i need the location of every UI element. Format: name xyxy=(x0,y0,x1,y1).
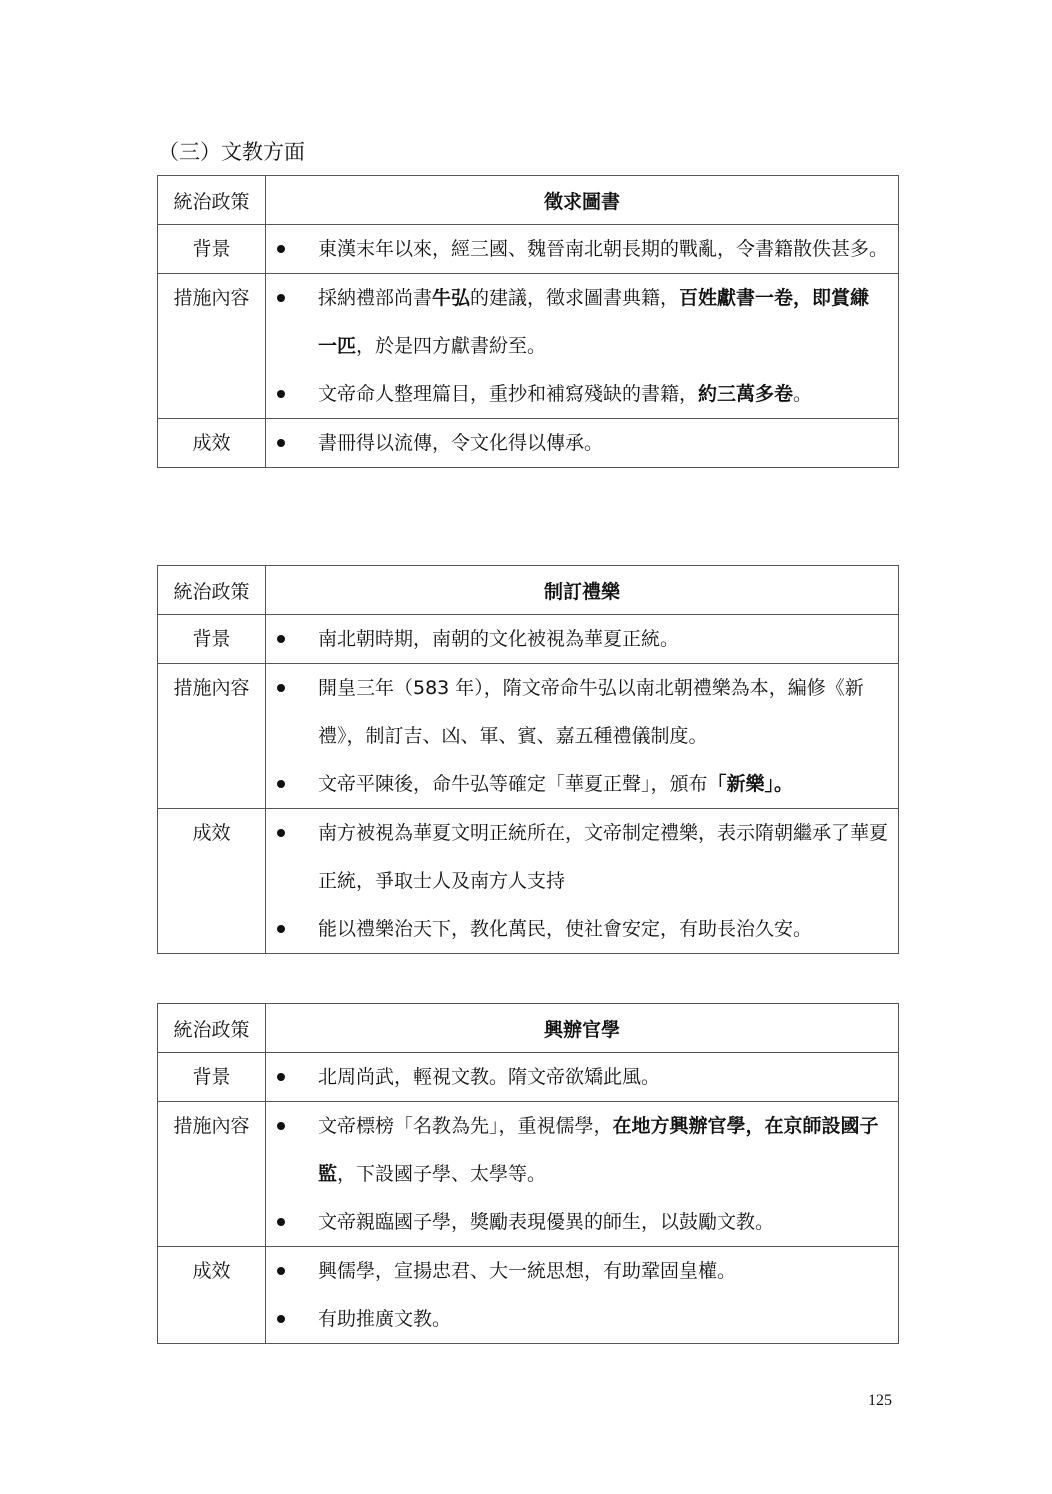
bullet-item: 開皇三年（583 年），隋文帝命牛弘以南北朝禮樂為本，編修《新禮》，制訂吉、凶、… xyxy=(266,664,898,760)
row-content: 南北朝時期，南朝的文化被視為華夏正統。 xyxy=(266,615,899,664)
policy-table-schools: 統治政策 興辦官學 背景 北周尚武，輕視文教。隋文帝欲矯此風。 措施內容 文帝標… xyxy=(157,1003,899,1344)
table-row-measures: 措施內容 採納禮部尚書牛弘的建議，徵求圖書典籍，百姓獻書一卷，即賞縑一匹，於是四… xyxy=(158,274,899,419)
row-content: 開皇三年（583 年），隋文帝命牛弘以南北朝禮樂為本，編修《新禮》，制訂吉、凶、… xyxy=(266,664,899,809)
policy-title: 制訂禮樂 xyxy=(266,566,899,615)
policy-table-rites: 統治政策 制訂禮樂 背景 南北朝時期，南朝的文化被視為華夏正統。 措施內容 開皇… xyxy=(157,565,899,954)
header-label: 統治政策 xyxy=(158,1004,266,1053)
text: 能以禮樂治天下，教化萬民，使社會安定，有助長治久安。 xyxy=(318,918,812,940)
policy-title: 徵求圖書 xyxy=(266,176,899,225)
text: 南北朝時期，南朝的文化被視為華夏正統。 xyxy=(318,628,679,650)
table-header-row: 統治政策 制訂禮樂 xyxy=(158,566,899,615)
text: 南方被視為華夏文明正統所在，文帝制定禮樂，表示隋朝繼承了華夏正統，爭取士人及南方… xyxy=(318,822,888,892)
bullet-item: 文帝平陳後，命牛弘等確定「華夏正聲」，頒布「新樂」。 xyxy=(266,760,898,808)
bullet-list: 北周尚武，輕視文教。隋文帝欲矯此風。 xyxy=(266,1053,898,1101)
bullet-list: 採納禮部尚書牛弘的建議，徵求圖書典籍，百姓獻書一卷，即賞縑一匹，於是四方獻書紛至… xyxy=(266,274,898,418)
bullet-item: 採納禮部尚書牛弘的建議，徵求圖書典籍，百姓獻書一卷，即賞縑一匹，於是四方獻書紛至… xyxy=(266,274,898,370)
row-label: 成效 xyxy=(158,809,266,954)
bold-text: 牛弘 xyxy=(432,287,470,309)
bullet-item: 能以禮樂治天下，教化萬民，使社會安定，有助長治久安。 xyxy=(266,905,898,953)
text: 書冊得以流傳，令文化得以傳承。 xyxy=(318,432,603,454)
bullet-list: 南北朝時期，南朝的文化被視為華夏正統。 xyxy=(266,615,898,663)
text: 有助推廣文教。 xyxy=(318,1308,451,1330)
text: ，於是四方獻書紛至。 xyxy=(356,335,546,357)
text: 文帝親臨國子學，獎勵表現優異的師生，以鼓勵文教。 xyxy=(318,1211,774,1233)
row-content: 書冊得以流傳，令文化得以傳承。 xyxy=(266,419,899,468)
text: ，下設國子學、太學等。 xyxy=(337,1163,546,1185)
bold-text: 「新樂」。 xyxy=(708,773,794,795)
policy-title: 興辦官學 xyxy=(266,1004,899,1053)
table-row-effects: 成效 書冊得以流傳，令文化得以傳承。 xyxy=(158,419,899,468)
table-row-background: 背景 北周尚武，輕視文教。隋文帝欲矯此風。 xyxy=(158,1053,899,1102)
bullet-item: 東漢末年以來，經三國、魏晉南北朝長期的戰亂，令書籍散佚甚多。 xyxy=(266,225,898,273)
row-content: 南方被視為華夏文明正統所在，文帝制定禮樂，表示隋朝繼承了華夏正統，爭取士人及南方… xyxy=(266,809,899,954)
bullet-item: 書冊得以流傳，令文化得以傳承。 xyxy=(266,419,898,467)
row-label: 措施內容 xyxy=(158,274,266,419)
row-label: 措施內容 xyxy=(158,664,266,809)
table-row-effects: 成效 興儒學，宣揚忠君、大一統思想，有助鞏固皇權。有助推廣文教。 xyxy=(158,1247,899,1344)
header-label: 統治政策 xyxy=(158,176,266,225)
table-header-row: 統治政策 徵求圖書 xyxy=(158,176,899,225)
bullet-item: 北周尚武，輕視文教。隋文帝欲矯此風。 xyxy=(266,1053,898,1101)
bullet-list: 興儒學，宣揚忠君、大一統思想，有助鞏固皇權。有助推廣文教。 xyxy=(266,1247,898,1343)
text: 的建議，徵求圖書典籍， xyxy=(470,287,679,309)
row-label: 背景 xyxy=(158,1053,266,1102)
table-row-background: 背景 東漢末年以來，經三國、魏晉南北朝長期的戰亂，令書籍散佚甚多。 xyxy=(158,225,899,274)
bullet-item: 文帝標榜「名教為先」，重視儒學，在地方興辦官學，在京師設國子監，下設國子學、太學… xyxy=(266,1102,898,1198)
bullet-item: 文帝親臨國子學，獎勵表現優異的師生，以鼓勵文教。 xyxy=(266,1198,898,1246)
row-content: 興儒學，宣揚忠君、大一統思想，有助鞏固皇權。有助推廣文教。 xyxy=(266,1247,899,1344)
text: 東漢末年以來，經三國、魏晉南北朝長期的戰亂，令書籍散佚甚多。 xyxy=(318,238,888,260)
bullet-list: 文帝標榜「名教為先」，重視儒學，在地方興辦官學，在京師設國子監，下設國子學、太學… xyxy=(266,1102,898,1246)
section-title: （三）文教方面 xyxy=(158,136,305,166)
bullet-item: 有助推廣文教。 xyxy=(266,1295,898,1343)
page-number: 125 xyxy=(868,1392,892,1410)
text: 興儒學，宣揚忠君、大一統思想，有助鞏固皇權。 xyxy=(318,1260,736,1282)
text: 開皇三年（583 年），隋文帝命牛弘以南北朝禮樂為本，編修《新禮》，制訂吉、凶、… xyxy=(318,677,864,747)
policy-table-books: 統治政策 徵求圖書 背景 東漢末年以來，經三國、魏晉南北朝長期的戰亂，令書籍散佚… xyxy=(157,175,899,468)
bullet-item: 文帝命人整理篇目，重抄和補寫殘缺的書籍，約三萬多卷。 xyxy=(266,370,898,418)
row-label: 背景 xyxy=(158,225,266,274)
bullet-list: 書冊得以流傳，令文化得以傳承。 xyxy=(266,419,898,467)
table-row-effects: 成效 南方被視為華夏文明正統所在，文帝制定禮樂，表示隋朝繼承了華夏正統，爭取士人… xyxy=(158,809,899,954)
text: 。 xyxy=(793,383,812,405)
text: 北周尚武，輕視文教。隋文帝欲矯此風。 xyxy=(318,1066,660,1088)
row-label: 措施內容 xyxy=(158,1102,266,1247)
row-label: 成效 xyxy=(158,1247,266,1344)
text: 文帝標榜「名教為先」，重視儒學， xyxy=(318,1115,613,1137)
table-header-row: 統治政策 興辦官學 xyxy=(158,1004,899,1053)
table-row-measures: 措施內容 文帝標榜「名教為先」，重視儒學，在地方興辦官學，在京師設國子監，下設國… xyxy=(158,1102,899,1247)
row-content: 北周尚武，輕視文教。隋文帝欲矯此風。 xyxy=(266,1053,899,1102)
bullet-item: 南北朝時期，南朝的文化被視為華夏正統。 xyxy=(266,615,898,663)
row-label: 背景 xyxy=(158,615,266,664)
text: 採納禮部尚書 xyxy=(318,287,432,309)
text: 文帝平陳後，命牛弘等確定「華夏正聲」，頒布 xyxy=(318,773,708,795)
text: 文帝命人整理篇目，重抄和補寫殘缺的書籍， xyxy=(318,383,698,405)
bullet-list: 開皇三年（583 年），隋文帝命牛弘以南北朝禮樂為本，編修《新禮》，制訂吉、凶、… xyxy=(266,664,898,808)
bullet-item: 南方被視為華夏文明正統所在，文帝制定禮樂，表示隋朝繼承了華夏正統，爭取士人及南方… xyxy=(266,809,898,905)
row-content: 文帝標榜「名教為先」，重視儒學，在地方興辦官學，在京師設國子監，下設國子學、太學… xyxy=(266,1102,899,1247)
row-content: 東漢末年以來，經三國、魏晉南北朝長期的戰亂，令書籍散佚甚多。 xyxy=(266,225,899,274)
row-content: 採納禮部尚書牛弘的建議，徵求圖書典籍，百姓獻書一卷，即賞縑一匹，於是四方獻書紛至… xyxy=(266,274,899,419)
bold-text: 約三萬多卷 xyxy=(698,383,793,405)
row-label: 成效 xyxy=(158,419,266,468)
table-row-background: 背景 南北朝時期，南朝的文化被視為華夏正統。 xyxy=(158,615,899,664)
table-row-measures: 措施內容 開皇三年（583 年），隋文帝命牛弘以南北朝禮樂為本，編修《新禮》，制… xyxy=(158,664,899,809)
bullet-item: 興儒學，宣揚忠君、大一統思想，有助鞏固皇權。 xyxy=(266,1247,898,1295)
header-label: 統治政策 xyxy=(158,566,266,615)
bullet-list: 東漢末年以來，經三國、魏晉南北朝長期的戰亂，令書籍散佚甚多。 xyxy=(266,225,898,273)
bullet-list: 南方被視為華夏文明正統所在，文帝制定禮樂，表示隋朝繼承了華夏正統，爭取士人及南方… xyxy=(266,809,898,953)
